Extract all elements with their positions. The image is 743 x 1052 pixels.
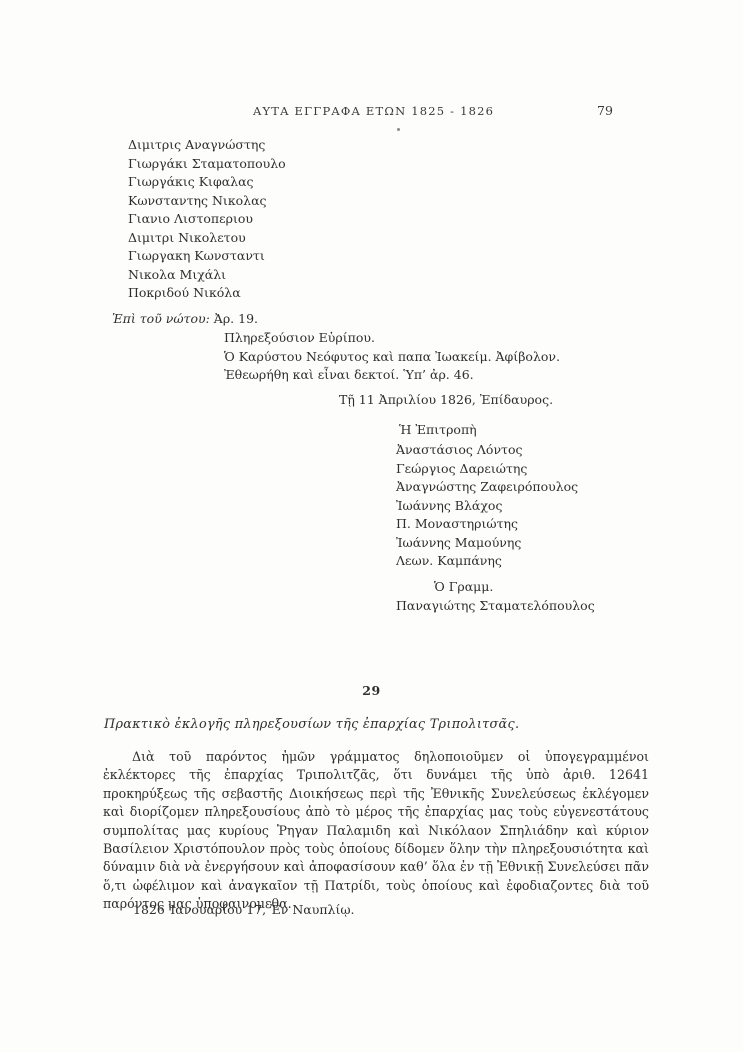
dateline-epidauros: Τῇ 11 Ἀπριλίου 1826, Ἐπίδαυρος.	[339, 392, 553, 407]
document-title: Πρακτικὸ ἐκλογῆς πληρεξουσίων τῆς ἐπαρχί…	[104, 717, 519, 732]
scan-speck	[397, 128, 400, 131]
committee-member: Ἀναστάσιος Λόντος	[396, 441, 578, 460]
verso-note-line: Πληρεξούσιον Εὐρίπου.	[224, 329, 560, 348]
verso-note-number: Ἀρ. 19.	[214, 311, 258, 326]
elector-signature-list: Διμιτρις Αναγνώστης Γιωργάκι Σταματοπουλ…	[128, 136, 286, 303]
committee-member: Ἰωάννης Βλάχος	[396, 497, 578, 516]
elector-name: Ποκριδού Νικόλα	[128, 284, 286, 303]
elector-name: Γιανιο Λιστοπεριου	[128, 210, 286, 229]
elector-name: Νικολα Μιχάλι	[128, 266, 286, 285]
committee-member: Ἀναγνώστης Ζαφειρόπουλος	[396, 478, 578, 497]
elector-name: Κωνσταντης Νικολας	[128, 192, 286, 211]
committee-heading: Ἡ Ἐπιτροπὴ	[399, 422, 477, 437]
committee-member: Ἰωάννης Μαμούνης	[396, 534, 578, 553]
elector-name: Γιωργάκις Κιφαλας	[128, 173, 286, 192]
committee-member: Π. Μοναστηριώτης	[396, 515, 578, 534]
elector-name: Διμιτρις Αναγνώστης	[128, 136, 286, 155]
document-dateline-nafplio: 1826 Ἰανουαρίου 17, Ἐν Ναυπλίῳ.	[133, 902, 355, 917]
elector-name: Γιωργακη Κωνσταντι	[128, 247, 286, 266]
committee-member-list: Ἀναστάσιος Λόντος Γεώργιος Δαρειώτης Ἀνα…	[396, 441, 578, 571]
secretary-title: Ὁ Γραμμ.	[434, 579, 493, 594]
document-body-paragraph: Διὰ τοῦ παρόντος ἡμῶν γράμματος δηλοποιο…	[103, 748, 649, 914]
verso-note-label: Ἐπὶ τοῦ νώτου:	[112, 311, 210, 326]
verso-note-heading: Ἐπὶ τοῦ νώτου: Ἀρ. 19.	[112, 311, 258, 326]
verso-note-line: Ἐθεωρήθη καὶ εἶναι δεκτοί. Ὑπ’ ἀρ. 46.	[224, 366, 560, 385]
elector-name: Γιωργάκι Σταματοπουλο	[128, 155, 286, 174]
committee-member: Γεώργιος Δαρειώτης	[396, 460, 578, 479]
committee-member: Λεων. Καμπάνης	[396, 552, 578, 571]
verso-note-lines: Πληρεξούσιον Εὐρίπου. Ὁ Καρύστου Νεόφυτο…	[224, 329, 560, 385]
verso-note-line: Ὁ Καρύστου Νεόφυτος καὶ παπα Ἰωακείμ. Ἀφ…	[224, 348, 560, 367]
scanned-book-page: ΑΥΤΑ ΕΓΓΡΑΦΑ ΕΤΩΝ 1825 - 1826 79 Διμιτρι…	[0, 0, 743, 1052]
secretary-name: Παναγιώτης Σταματελόπουλος	[396, 598, 595, 613]
elector-name: Διμιτρι Νικολετου	[128, 229, 286, 248]
running-header-title: ΑΥΤΑ ΕΓΓΡΑΦΑ ΕΤΩΝ 1825 - 1826	[253, 104, 494, 118]
page-number: 79	[597, 103, 613, 118]
document-number: 29	[0, 683, 743, 698]
